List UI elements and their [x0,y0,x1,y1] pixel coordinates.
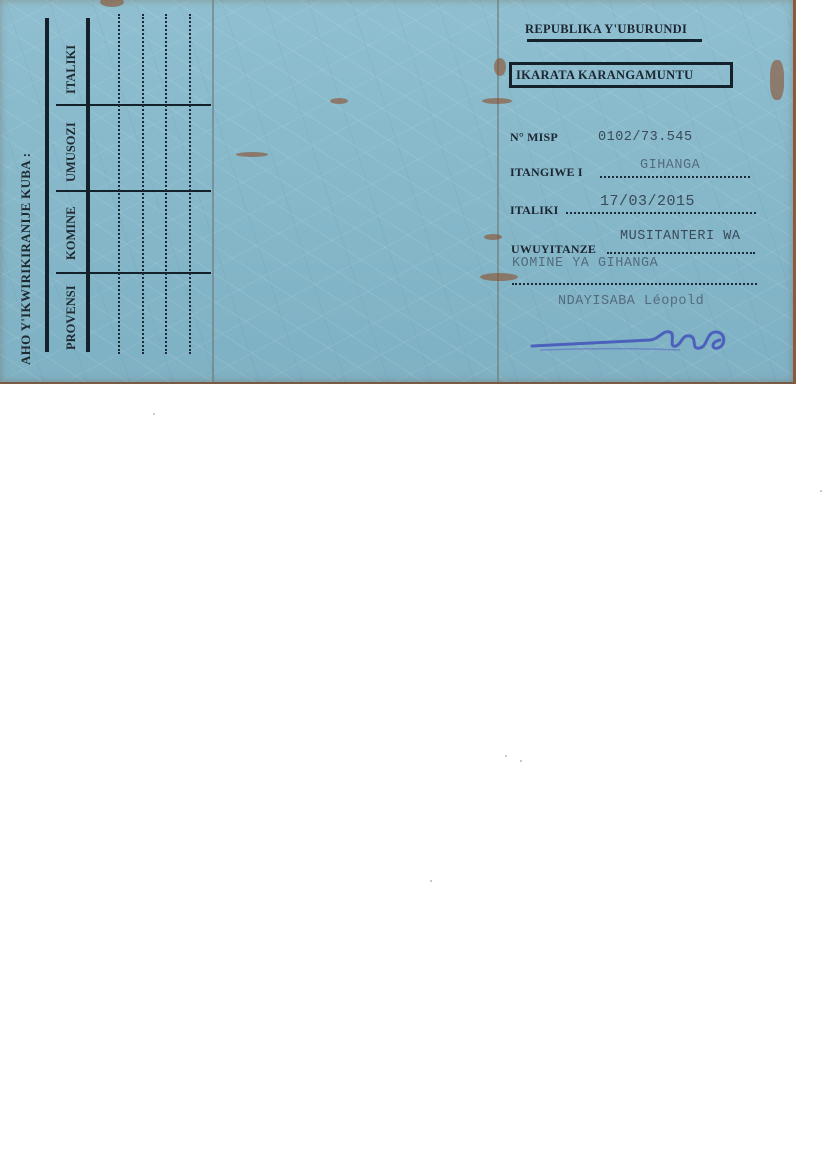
scan-speck [430,880,432,882]
misp-value: 0102/73.545 [598,130,693,145]
row-divider [56,104,211,106]
header-underline [527,39,702,42]
uwuyitanze-value-line2: KOMINE YA GIHANGA [512,256,658,271]
misp-label: N° MISP [510,130,558,145]
dotted-line [607,252,755,254]
row-divider [56,190,211,192]
id-card: AHO Y'IKWIRIKIRANIJE KUBA : PROVENSI KOM… [0,0,796,384]
italiki-label: ITALIKI [510,203,559,218]
uwuyitanze-label: UWUYITANZE [511,242,596,257]
column-label-italiki: ITALIKI [64,45,79,94]
italiki-value: 17/03/2015 [600,193,695,210]
uwuyitanze-value-line1: MUSITANTERI WA [620,229,740,244]
card-title: IKARATA KARANGAMUNTU [509,62,733,88]
rust-stain [770,60,784,100]
scan-speck [820,490,822,492]
scan-speck [505,755,507,757]
dotted-line [600,176,750,178]
left-panel-title: AHO Y'IKWIRIKIRANIJE KUBA : [18,153,34,365]
rust-stain [100,0,124,7]
column-label-provensi: PROVENSI [64,285,79,350]
itangiwe-value: GIHANGA [640,158,700,173]
column-label-umusozi: UMUSOZI [64,122,79,182]
middle-panel-blank [214,0,497,382]
left-rule [45,18,49,352]
dotted-line [512,283,757,285]
dotted-column [189,14,191,354]
dotted-column [142,14,144,354]
scan-speck [520,760,522,762]
scan-speck [153,413,155,415]
dotted-line [566,212,756,214]
dotted-column [118,14,120,354]
signature [530,318,740,358]
left-rule [86,18,90,352]
column-label-komine: KOMINE [64,207,79,260]
dotted-column [165,14,167,354]
row-divider [56,272,211,274]
signatory-name: NDAYISABA Léopold [558,294,704,309]
republic-header: REPUBLIKA Y'UBURUNDI [525,22,687,37]
itangiwe-label: ITANGIWE I [510,165,583,180]
